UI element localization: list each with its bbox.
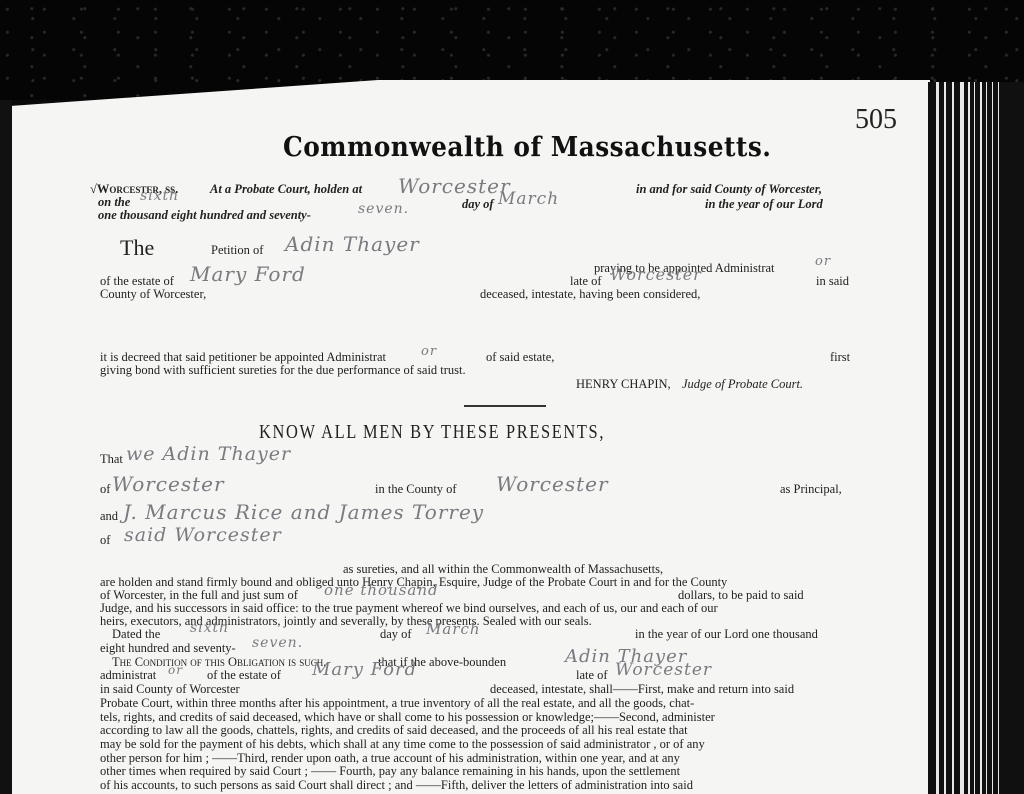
bond-that: That xyxy=(100,453,123,466)
bond-and: and xyxy=(100,510,118,523)
judge-title: Judge of Probate Court. xyxy=(682,378,803,391)
petition-suffix-handwritten: or xyxy=(815,254,831,269)
late-of-handwritten: Worcester xyxy=(610,265,702,284)
county-handwritten: Worcester xyxy=(496,472,609,496)
bond-body4: heirs, executors, and administrators, jo… xyxy=(100,615,592,628)
decree-line2: giving bond with sufficient sureties for… xyxy=(100,364,466,377)
dated-day-handwritten: sixth xyxy=(190,620,229,636)
condition-line: other times when required by said Court … xyxy=(100,765,680,778)
condition-estate-handwritten: Mary Ford xyxy=(312,659,417,680)
bond-heading: KNOW ALL MEN BY THESE PRESENTS, xyxy=(259,421,605,444)
section-divider xyxy=(464,405,546,407)
in-county-label: in the County of xyxy=(375,483,457,496)
petition-of-label: Petition of xyxy=(211,244,263,257)
page-number: 505 xyxy=(855,104,897,136)
dated-day-of: day of xyxy=(380,628,412,641)
condition-late-of: late of xyxy=(576,669,608,682)
month-handwritten: March xyxy=(498,189,559,209)
condition-line: according to law all the goods, chattels… xyxy=(100,724,688,737)
year-prefix: one thousand eight hundred and seventy- xyxy=(98,209,311,222)
decree-first: first xyxy=(830,351,850,364)
dated-label: Dated the xyxy=(112,628,160,641)
court-text: At a Probate Court, holden at xyxy=(210,183,362,196)
court-place-handwritten: Worcester xyxy=(398,174,511,198)
page-title: Commonwealth of Massachusetts. xyxy=(283,132,771,163)
sureties-handwritten: J. Marcus Rice and James Torrey xyxy=(123,500,484,524)
day-of-label: day of xyxy=(462,198,494,211)
condition-county-line: in said County of Worcester xyxy=(100,683,240,696)
dated-year-text: in the year of our Lord one thousand xyxy=(635,628,818,641)
judge-name: HENRY CHAPIN, xyxy=(576,378,671,391)
decree-suffix-handwritten: or xyxy=(421,344,437,359)
as-principal-label: as Principal, xyxy=(780,483,842,496)
condition-estate-of: of the estate of xyxy=(207,669,281,682)
deceased-handwritten: Mary Ford xyxy=(190,262,306,286)
condition-line: Probate Court, within three months after… xyxy=(100,697,694,710)
dated-month-handwritten: March xyxy=(426,620,481,638)
petition-dropcap: The xyxy=(120,237,154,259)
dated-year-handwritten: seven. xyxy=(252,635,303,651)
decree-line1-end: of said estate, xyxy=(486,351,554,364)
condition-line: of his accounts, to such persons as said… xyxy=(100,779,693,792)
sureties-place-handwritten: said Worcester xyxy=(124,524,282,546)
considered-text: deceased, intestate, having been conside… xyxy=(480,288,700,301)
condition-suffix-handwritten: or xyxy=(168,663,183,677)
book-page-edges xyxy=(928,82,1024,794)
sum-handwritten: one thousand xyxy=(324,581,439,599)
principal-handwritten: we Adin Thayer xyxy=(126,443,291,465)
county-label: County of Worcester, xyxy=(100,288,206,301)
condition-late-handwritten: Worcester xyxy=(615,660,712,680)
county-text: in and for said County of Worcester, xyxy=(636,183,822,196)
petitioner-handwritten: Adin Thayer xyxy=(285,232,420,256)
year-handwritten: seven. xyxy=(358,201,409,217)
day-handwritten: sixth xyxy=(140,188,179,204)
principal-place-handwritten: Worcester xyxy=(112,472,225,496)
condition-administrat: administrat xyxy=(100,669,156,682)
condition-shall: deceased, intestate, shall——First, make … xyxy=(490,683,794,696)
year-of-lord-label: in the year of our Lord xyxy=(705,198,823,211)
in-said-label: in said xyxy=(816,275,849,288)
dated-year-line: eight hundred and seventy- xyxy=(100,642,236,655)
bond-of: of xyxy=(100,483,110,496)
condition-line: may be sold for the payment of his debts… xyxy=(100,738,705,751)
bond-of2: of xyxy=(100,534,110,547)
book-binding-left xyxy=(0,100,12,794)
